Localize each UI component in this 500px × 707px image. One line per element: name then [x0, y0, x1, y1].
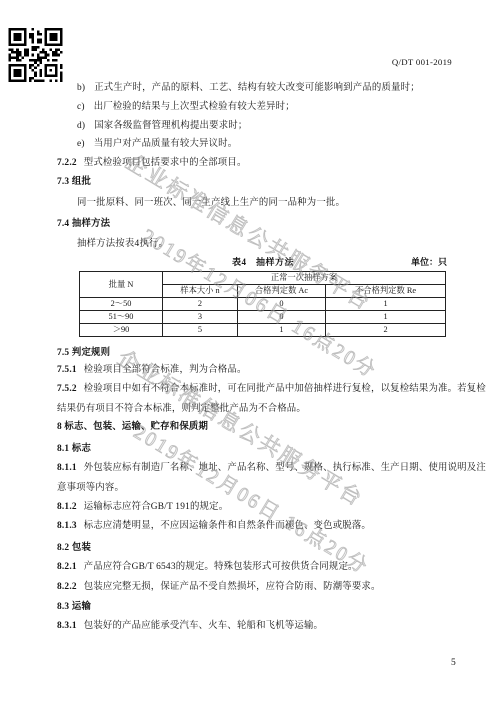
heading-7-3: 7.3 组批: [57, 177, 91, 188]
clause-8-3-1: 8.3.1包装好的产品应能承受汽车、火车、轮船和飞机等运输。: [57, 621, 323, 632]
clause-8-2-2: 8.2.2包装应完整无损，保证产品不受自然损坏，应符合防雨、防潮等要求。: [57, 582, 381, 593]
table-row: 51～90 3 0 1: [80, 311, 446, 324]
sampling-table-wrap: 批量 N 正常一次抽样方案 样本大小 n 合格判定数 Ac 不合格判定数 Re …: [79, 271, 445, 337]
list-item-b: b)正式生产时，产品的原料、工艺、结构有较大改变可能影响到产品的质量时；: [77, 83, 420, 94]
watermark-timestamp: 2019年12月06日 16点20分: [129, 416, 375, 580]
table-cell: 3: [163, 311, 238, 324]
clause-7-5-2: 7.5.2检验项目中如有不符合本标准时，可在同批产品中加倍抽样进行复检，以复检结…: [57, 384, 486, 395]
heading-8-2: 8.2 包装: [57, 543, 91, 554]
clause-text: 检验项目中如有不符合本标准时，可在同批产品中加倍抽样进行复检，以复检结果为准。若…: [84, 384, 486, 394]
table-cell: 5: [163, 324, 238, 337]
list-marker: d): [77, 121, 85, 131]
clause-text: 标志应清楚明显，不应因运输条件和自然条件而褪色、变色或脱落。: [84, 521, 371, 531]
document-page: Q/DT 001-2019 b)正式生产时，产品的原料、工艺、结构有较大改变可能…: [0, 0, 500, 707]
table-cell: 1: [238, 324, 326, 337]
clause-number: 8.1.2: [57, 502, 77, 512]
table-subheader-sample-size: 样本大小 n: [163, 285, 238, 298]
list-item-e: e)当用户对产品质量有较大异议时。: [77, 139, 237, 150]
table-cell: 0: [238, 298, 326, 311]
clause-text: 型式检验项目包括要求中的全部项目。: [84, 158, 247, 168]
doc-number: Q/DT 001-2019: [392, 57, 452, 67]
table-caption: 表4 抽样方法: [79, 255, 447, 268]
clause-number: 7.2.2: [57, 158, 77, 168]
clause-text: 包装应完整无损，保证产品不受自然损坏，应符合防雨、防潮等要求。: [84, 582, 381, 592]
clause-number: 7.5.1: [57, 365, 77, 375]
list-marker: e): [77, 139, 85, 149]
qr-code: [7, 28, 64, 82]
clause-text: 运输标志应符合GB/T 191的规定。: [84, 502, 229, 512]
table-cell: 1: [326, 311, 446, 324]
clause-text: 检验项目全部符合标准，判为合格品。: [84, 365, 247, 375]
list-item-c: c)出厂检验的结果与上次型式检验有较大差异时；: [77, 102, 295, 113]
table-unit-label: 单位：只: [411, 255, 447, 268]
clause-number: 8.2.1: [57, 562, 77, 572]
clause-number: 8.1.1: [57, 463, 77, 473]
table-cell: 2～50: [80, 298, 163, 311]
table-caption-row: 表4 抽样方法 单位：只: [79, 255, 447, 267]
table-cell: 2: [163, 298, 238, 311]
clause-text: 外包装应标有制造厂名称、地址、产品名称、型号、规格、执行标准、生产日期、使用说明…: [84, 463, 486, 473]
clause-number: 8.2.2: [57, 582, 77, 592]
table-row: 2～50 2 0 1: [80, 298, 446, 311]
table-header-batch: 批量 N: [80, 272, 163, 298]
list-marker: b): [77, 83, 85, 93]
heading-8-3: 8.3 运输: [57, 602, 91, 613]
clause-number: 8.1.3: [57, 521, 77, 531]
table-header-plan: 正常一次抽样方案: [163, 272, 446, 285]
heading-8-1: 8.1 标志: [57, 444, 91, 455]
table-cell: 2: [326, 324, 446, 337]
list-text: 国家各级监督管理机构提出要求时；: [94, 121, 247, 131]
clause-text: 产品应符合GB/T 6543的规定。特殊包装形式可按供货合同规定。: [84, 562, 358, 572]
heading-7-5: 7.5 判定规则: [57, 348, 110, 359]
paragraph-7-4: 抽样方法按表4执行。: [77, 239, 168, 250]
clause-8-1-2: 8.1.2运输标志应符合GB/T 191的规定。: [57, 502, 228, 513]
table-cell: 1: [326, 298, 446, 311]
clause-text: 包装好的产品应能承受汽车、火车、轮船和飞机等运输。: [84, 621, 323, 631]
page-number: 5: [451, 658, 456, 668]
clause-number: 7.5.2: [57, 384, 77, 394]
list-text: 正式生产时，产品的原料、工艺、结构有较大改变可能影响到产品的质量时；: [94, 83, 420, 93]
list-item-d: d)国家各级监督管理机构提出要求时；: [77, 121, 247, 132]
table-row: ＞90 5 1 2: [80, 324, 446, 337]
table-cell: 0: [238, 311, 326, 324]
table-subheader-reject: 不合格判定数 Re: [326, 285, 446, 298]
clause-7-2-2: 7.2.2型式检验项目包括要求中的全部项目。: [57, 158, 247, 169]
sampling-table: 批量 N 正常一次抽样方案 样本大小 n 合格判定数 Ac 不合格判定数 Re …: [79, 271, 446, 337]
clause-number: 8.3.1: [57, 621, 77, 631]
table-header-row: 批量 N 正常一次抽样方案: [80, 272, 446, 285]
paragraph-7-3: 同一批原料、同一班次、同一生产线上生产的同一品种为一批。: [77, 198, 345, 209]
watermark: 企业标准信息公共服务平台 2019年12月06日 16点20分: [85, 342, 404, 580]
heading-7-4: 7.4 抽样方法: [57, 219, 110, 230]
clause-7-5-1: 7.5.1检验项目全部符合标准，判为合格品。: [57, 365, 247, 376]
table-cell: 51～90: [80, 311, 163, 324]
table-subheader-accept: 合格判定数 Ac: [238, 285, 326, 298]
list-text: 当用户对产品质量有较大异议时。: [94, 139, 238, 149]
clause-7-5-2-cont: 结果仍有项目不符合本标准，则判定整批产品为不合格品。: [57, 404, 306, 415]
table-cell: ＞90: [80, 324, 163, 337]
list-marker: c): [77, 102, 85, 112]
clause-8-1-1-cont: 意事项等内容。: [57, 483, 124, 494]
list-text: 出厂检验的结果与上次型式检验有较大差异时；: [94, 102, 295, 112]
clause-8-1-1: 8.1.1外包装应标有制造厂名称、地址、产品名称、型号、规格、执行标准、生产日期…: [57, 463, 486, 474]
heading-8: 8 标志、包装、运输、贮存和保质期: [57, 422, 208, 433]
clause-8-2-1: 8.2.1产品应符合GB/T 6543的规定。特殊包装形式可按供货合同规定。: [57, 562, 358, 573]
clause-8-1-3: 8.1.3标志应清楚明显，不应因运输条件和自然条件而褪色、变色或脱落。: [57, 521, 371, 532]
